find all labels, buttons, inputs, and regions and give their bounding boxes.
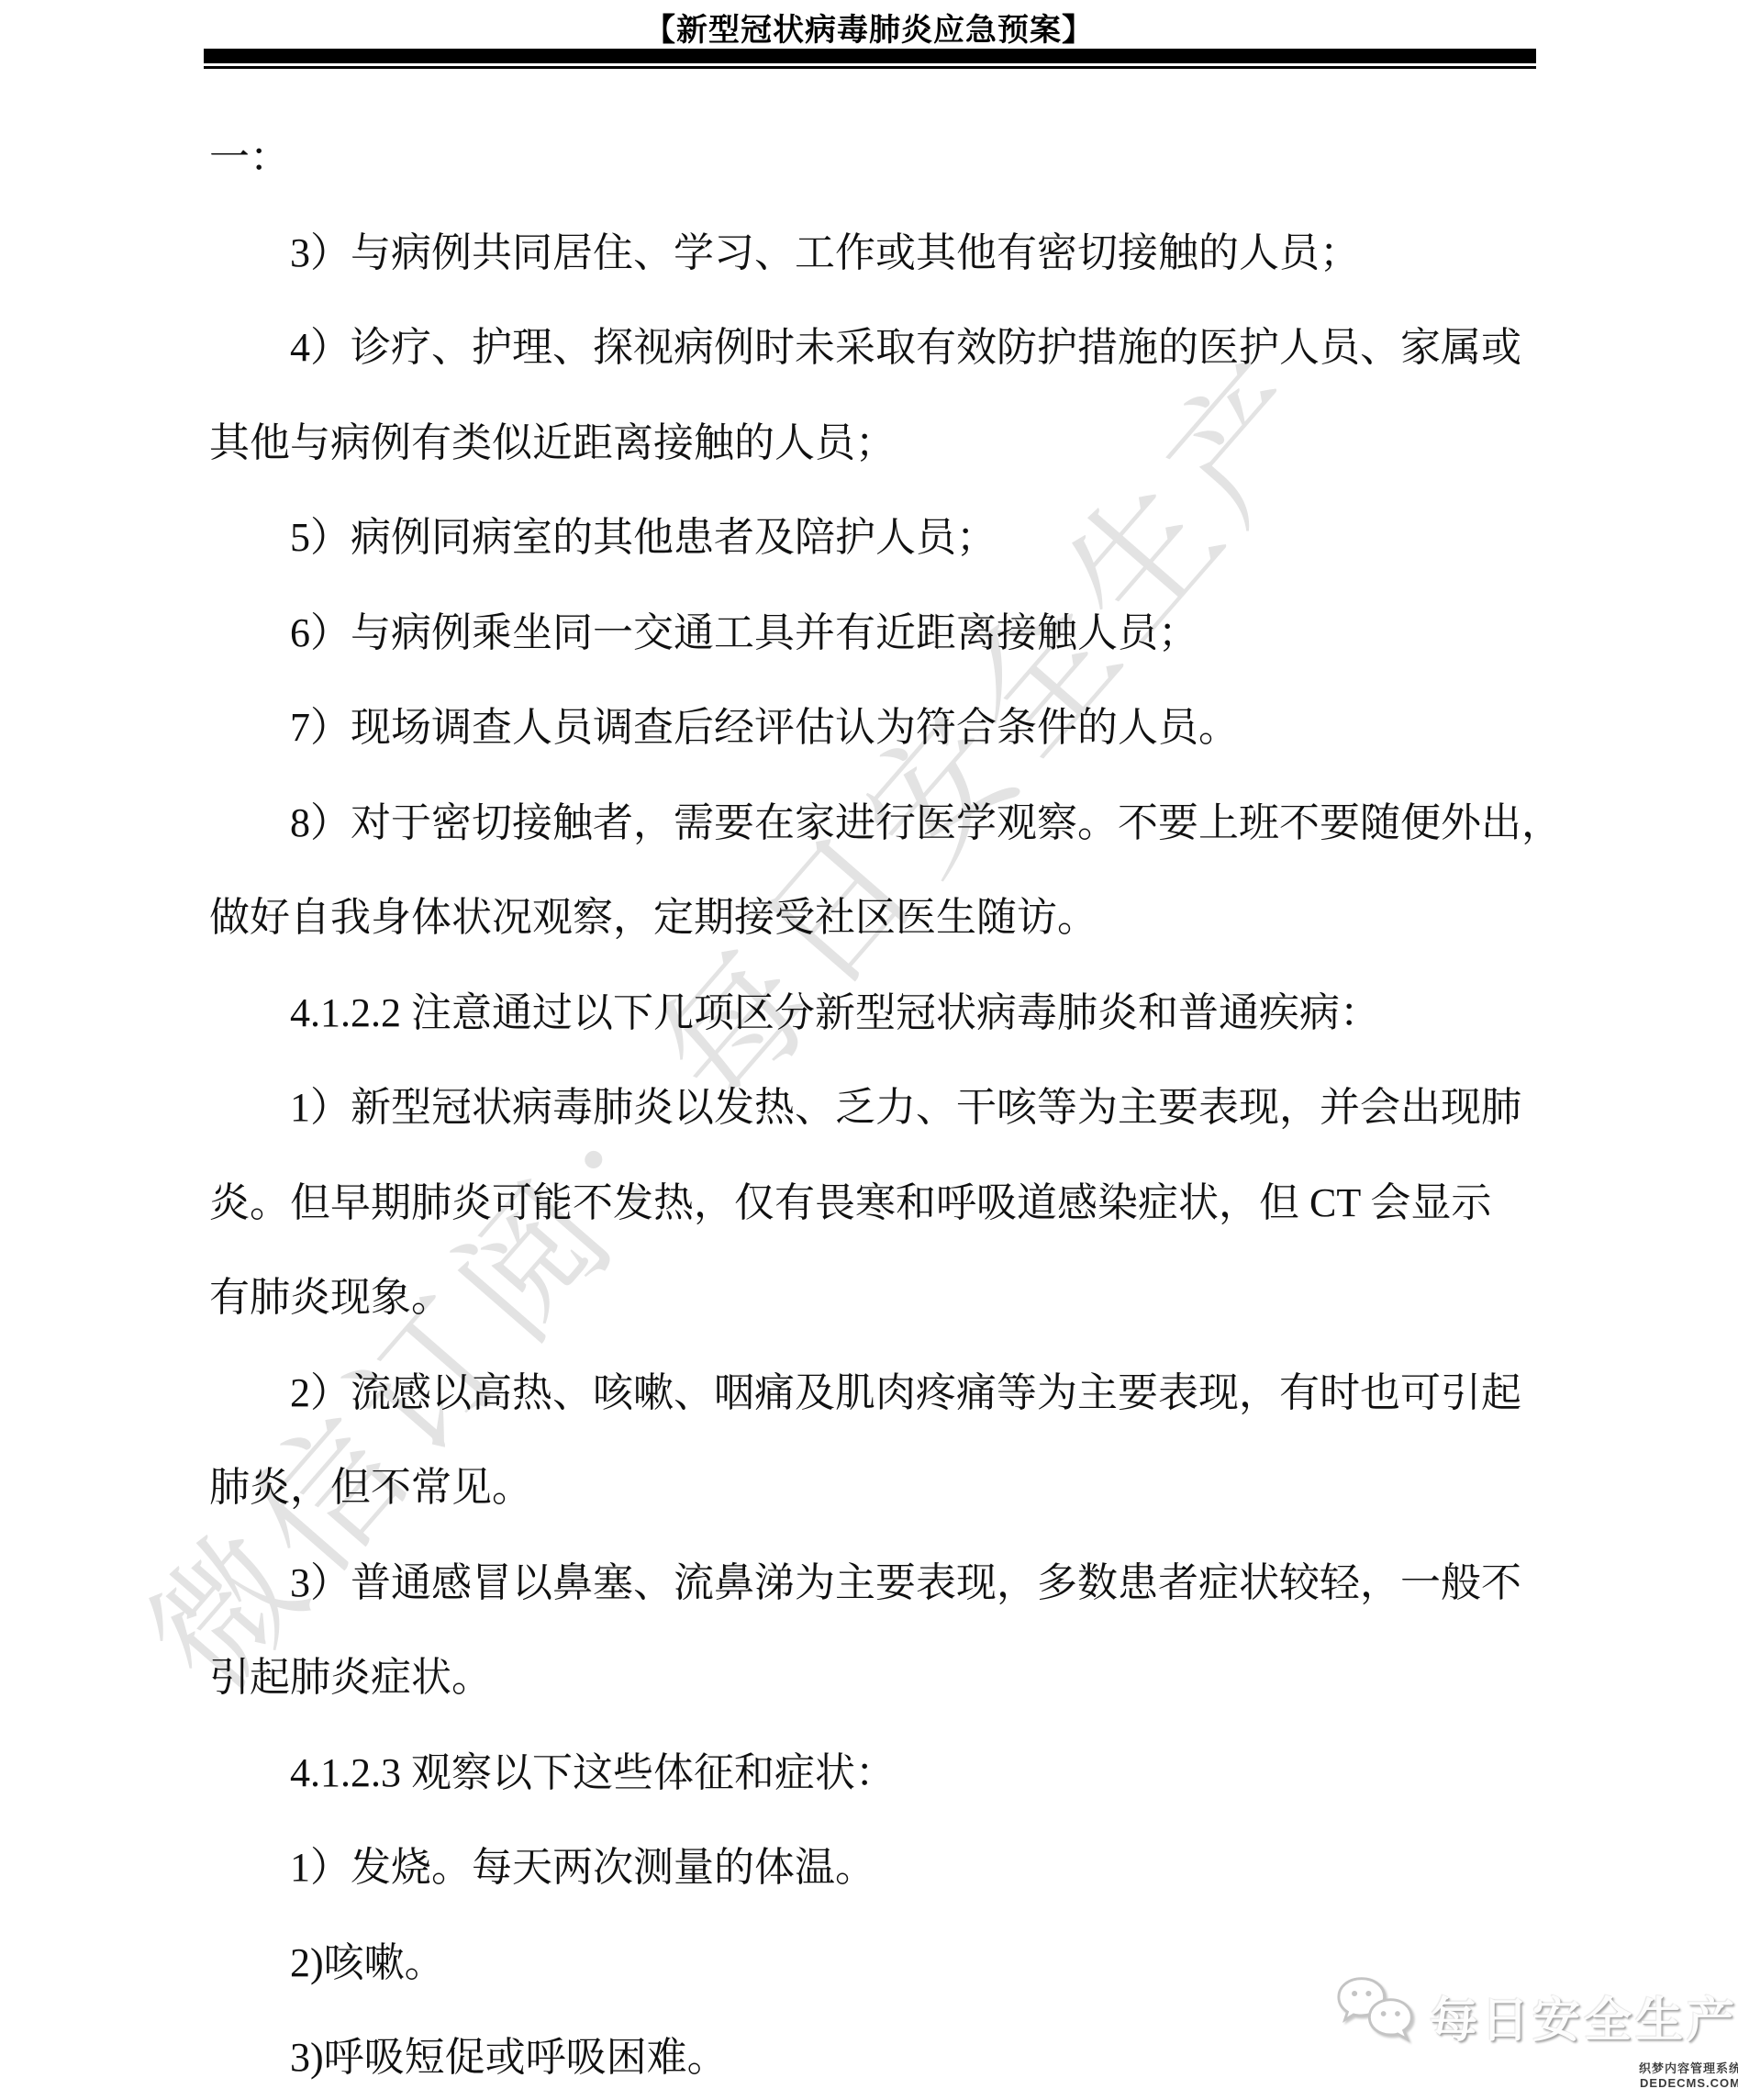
- text-line: 5）病例同病室的其他患者及陪护人员；: [209, 490, 1536, 586]
- header-rule-thick: [204, 49, 1536, 63]
- document-page: 微信订阅：每日安全生产 【新型冠状病毒肺炎应急预案】 一：3）与病例共同居住、学…: [0, 0, 1738, 2100]
- text-line: 肺炎，但不常见。: [209, 1440, 1536, 1536]
- text-line: 一：: [209, 110, 1536, 206]
- text-line: 有肺炎现象。: [209, 1250, 1536, 1346]
- brand-logo-text: 每日安全生产: [1430, 1982, 1738, 2050]
- text-line: 4.1.2.2 注意通过以下几项区分新型冠状病毒肺炎和普通疾病：: [209, 966, 1536, 1061]
- text-line: 6）与病例乘坐同一交通工具并有近距离接触人员；: [209, 586, 1536, 681]
- cms-badge-name: 织梦内容管理系统: [1639, 2061, 1738, 2076]
- text-line: 4）诊疗、护理、探视病例时未采取有效防护措施的医护人员、家属或: [209, 300, 1536, 396]
- document-body: 一：3）与病例共同居住、学习、工作或其他有密切接触的人员；4）诊疗、护理、探视病…: [209, 110, 1536, 2100]
- text-line: 炎。但早期肺炎可能不发热，仅有畏寒和呼吸道感染症状，但 CT 会显示: [209, 1156, 1536, 1251]
- text-line: 引起肺炎症状。: [209, 1630, 1536, 1726]
- text-line: 2）流感以高热、咳嗽、咽痛及肌肉疼痛等为主要表现，有时也可引起: [209, 1346, 1536, 1441]
- cms-badge-domain: DEDECMS.COM: [1639, 2076, 1738, 2091]
- text-line: 其他与病例有类似近距离接触的人员；: [209, 396, 1536, 491]
- text-line: 3）普通感冒以鼻塞、流鼻涕为主要表现，多数患者症状较轻，一般不: [209, 1536, 1536, 1631]
- header-rule-thin: [204, 66, 1536, 69]
- text-line: 7）现场调查人员调查后经评估认为符合条件的人员。: [209, 680, 1536, 776]
- header-rule: [204, 49, 1536, 69]
- text-line: 1）发烧。每天两次测量的体温。: [209, 1820, 1536, 1916]
- brand-footer: 每日安全生产: [1332, 1973, 1738, 2059]
- page-title: 【新型冠状病毒肺炎应急预案】: [0, 5, 1738, 50]
- text-line: 8）对于密切接触者，需要在家进行医学观察。不要上班不要随便外出，: [209, 776, 1536, 871]
- text-line: 做好自我身体状况观察，定期接受社区医生随访。: [209, 870, 1536, 966]
- text-line: 4.1.2.3 观察以下这些体征和症状：: [209, 1726, 1536, 1821]
- cms-badge: 织梦内容管理系统 DEDECMS.COM: [1639, 2061, 1738, 2091]
- wechat-icon: [1332, 1973, 1420, 2059]
- text-line: 1）新型冠状病毒肺炎以发热、乏力、干咳等为主要表现，并会出现肺: [209, 1060, 1536, 1156]
- text-line: 3）与病例共同居住、学习、工作或其他有密切接触的人员；: [209, 206, 1536, 301]
